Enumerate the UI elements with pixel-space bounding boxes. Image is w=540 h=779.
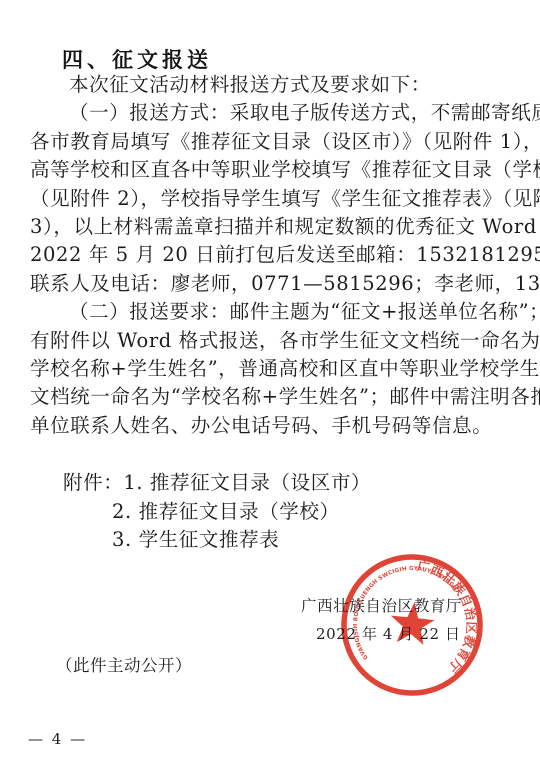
official-seal-icon: GVANGJSIH BOUXCUENGH SWCIGIH GYAUYUZDING… xyxy=(330,543,495,708)
attachment-item: 3. 学生征文推荐表 xyxy=(112,526,512,555)
body-line: （二）报送要求：邮件主题为“征文+报送单位名称”；所 xyxy=(30,298,512,326)
attachments-block: 附件：1. 推荐征文目录（设区市） 2. 推荐征文目录（学校） 3. 学生征文推… xyxy=(30,469,512,555)
attachment-item: 2. 推荐征文目录（学校） xyxy=(112,498,512,527)
body-paragraphs: 本次征文活动材料报送方式及要求如下： （一）报送方式：采取电子版传送方式，不需邮… xyxy=(30,71,512,440)
attachment-line: 附件：1. 推荐征文目录（设区市） xyxy=(30,469,512,498)
document-page: 四、征文报送 本次征文活动材料报送方式及要求如下： （一）报送方式：采取电子版传… xyxy=(0,0,540,779)
body-line: 单位联系人姓名、办公电话号码、手机号码等信息。 xyxy=(30,412,512,440)
body-line: 学校名称+学生姓名”，普通高校和区直中等职业学校学生征文 xyxy=(30,355,512,383)
body-line: （见附件 2），学校指导学生填写《学生征文推荐表》（见附件 xyxy=(30,185,512,213)
body-line: 本次征文活动材料报送方式及要求如下： xyxy=(30,71,512,99)
body-line: 高等学校和区直各中等职业学校填写《推荐征文目录（学校）》 xyxy=(30,156,512,184)
section-heading: 四、征文报送 xyxy=(62,44,212,74)
page-number: — 4 — xyxy=(28,730,87,748)
body-line: 各市教育局填写《推荐征文目录（设区市）》（见附件 1），各 xyxy=(30,128,512,156)
body-line: 2022 年 5 月 20 日前打包后发送至邮箱：1532181295@qq.c… xyxy=(30,241,512,269)
seal-star-icon xyxy=(388,600,436,646)
attachment-item: 1. 推荐征文目录（设区市） xyxy=(123,471,371,494)
disclosure-note: （此件主动公开） xyxy=(56,652,192,676)
body-line: 联系人及电话：廖老师，0771—5815296；李老师，13877181757。 xyxy=(30,270,512,298)
attachments-label: 附件： xyxy=(63,471,123,494)
body-line: （一）报送方式：采取电子版传送方式，不需邮寄纸质材料。 xyxy=(30,99,512,127)
body-line: 有附件以 Word 格式报送，各市学生征文文档统一命名为“市+ xyxy=(30,327,512,355)
body-line: 3），以上材料需盖章扫描并和规定数额的优秀征文 Word 版本于 xyxy=(30,213,512,241)
body-line: 文档统一命名为“学校名称+学生姓名”；邮件中需注明各推荐 xyxy=(30,383,512,411)
